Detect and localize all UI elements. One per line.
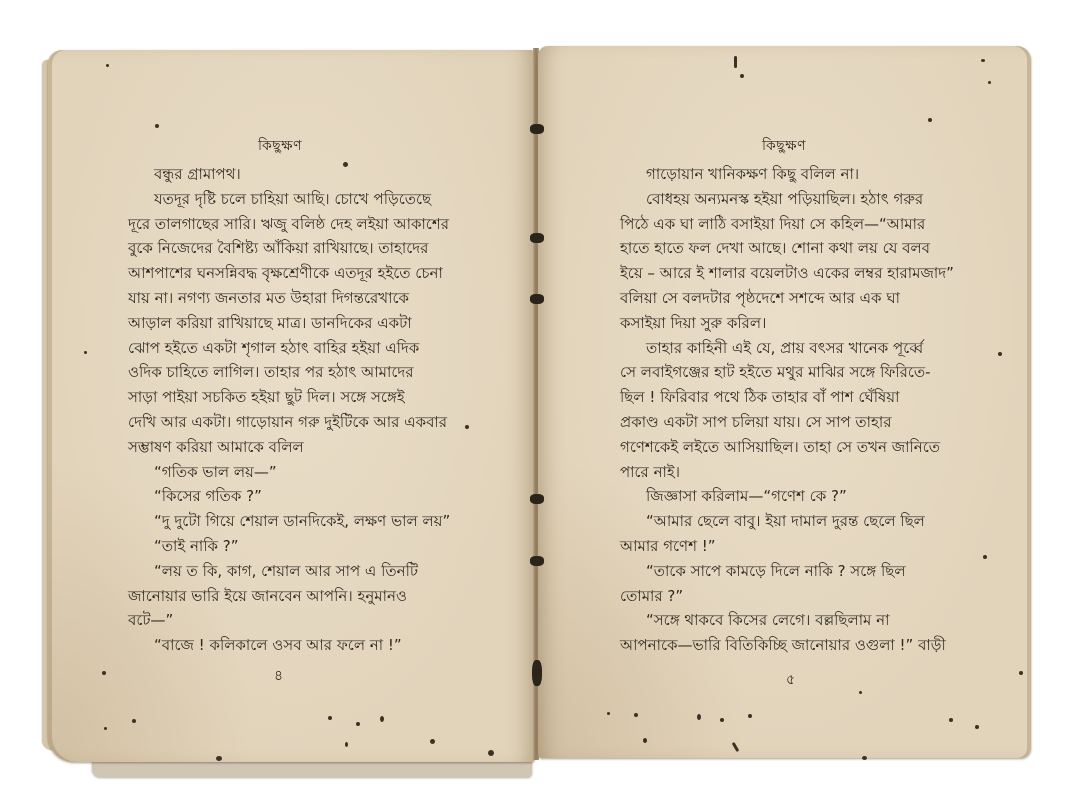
text-line: পিঠে এক ঘা লাঠি বসাইয়া দিয়া সে কহিল—“আ… xyxy=(620,212,1020,237)
text-line: তোমার ?” xyxy=(620,584,1020,609)
binding-stitch xyxy=(530,124,544,134)
text-line: দূরে তালগাছের সারি। ঋজু বলিষ্ঠ দেহ লইয়া… xyxy=(128,212,518,237)
right-page: কিছুক্ষণ গাড়োয়ান খানিকক্ষণ কিছু বলিল ন… xyxy=(538,46,1031,758)
paper-speck xyxy=(380,716,384,722)
paper-speck xyxy=(216,756,222,761)
paper-speck xyxy=(1019,671,1023,675)
paper-speck xyxy=(734,56,737,68)
left-page-body: বন্ধুর গ্রামাপথ।যতদূর দৃষ্টি চলে চাহিয়া… xyxy=(128,162,518,658)
text-line: দেখি আর একটা। গাড়োয়ান গরু দুইটিকে আর এ… xyxy=(128,410,518,435)
text-line: ছিল ! ফিরিবার পথে ঠিক তাহার বাঁ পাশ ঘেঁষ… xyxy=(620,385,1020,410)
text-line: “কিসের গতিক ?” xyxy=(128,484,518,509)
text-line: “তাকে সাপে কামড়ে দিলে নাকি ? সঙ্গে ছিল xyxy=(620,559,1020,584)
paper-speck xyxy=(84,351,87,354)
text-line: জিজ্ঞাসা করিলাম—“গণেশ কে ?” xyxy=(620,484,1020,509)
text-line: আশপাশের ঘনসন্নিবদ্ধ বৃক্ষশ্রেণীকে এতদূর … xyxy=(128,261,518,286)
paper-speck xyxy=(155,124,159,128)
paper-speck xyxy=(106,64,109,67)
paper-speck xyxy=(949,718,953,722)
paper-speck xyxy=(748,714,752,718)
paper-speck xyxy=(634,713,638,717)
paper-speck xyxy=(862,756,867,760)
text-line: পারে নাই। xyxy=(620,460,1020,485)
paper-speck xyxy=(859,691,862,694)
paper-speck xyxy=(697,714,701,720)
text-line: বলিয়া সে বলদটার পৃষ্ঠদেশে সশব্দে আর এক … xyxy=(620,286,1020,311)
text-line: ওদিক চাহিতে লাগিল। তাহার পর হঠাৎ আমাদের xyxy=(128,360,518,385)
text-line: তাহার কাহিনী এই যে, প্রায় বৎসর খানেক পূ… xyxy=(620,336,1020,361)
text-line: “আমার ছেলে বাবু। ইয়া দামাল দুরন্ত ছেলে … xyxy=(620,509,1020,534)
paper-speck xyxy=(345,742,348,747)
text-line: বন্ধুর গ্রামাপথ। xyxy=(128,162,518,187)
text-line: বোধহয় অন্যমনস্ক হইয়া পড়িয়াছিল। হঠাৎ … xyxy=(620,187,1020,212)
paper-speck xyxy=(343,162,348,167)
text-line: “গতিক ভাল লয়—” xyxy=(128,460,518,485)
text-line: ইয়ে – আরে ই শালার বয়েলটাও একের লম্বর হ… xyxy=(620,261,1020,286)
binding-stitch xyxy=(530,233,544,243)
text-line: প্রকাণ্ড একটা সাপ চলিয়া যায়। সে সাপ তা… xyxy=(620,410,1020,435)
binding-stitch xyxy=(532,660,542,686)
text-line: সে লবাইগঞ্জের হাট হইতে মথুর মাঝির সঙ্গে … xyxy=(620,360,1020,385)
left-page-number: ৪ xyxy=(274,664,283,688)
text-line: জানোয়ার ভারি ইয়ে জানবেন আপনি। হনুমানও xyxy=(128,584,518,609)
paper-speck xyxy=(981,59,985,62)
paper-speck xyxy=(356,722,360,726)
text-line: আপনাকে—ভারি বিতিকিচ্ছি জানোয়ার ওগুলা !”… xyxy=(620,633,1020,658)
paper-speck xyxy=(102,671,106,675)
text-line: হাতে হাতে ফল দেখা আছে। শোনা কথা লয় যে ব… xyxy=(620,236,1020,261)
text-line: যতদূর দৃষ্টি চলে চাহিয়া আছি। চোখে পড়িত… xyxy=(128,187,518,212)
right-page-number: ৫ xyxy=(786,668,795,692)
paper-speck xyxy=(720,718,724,722)
paper-speck xyxy=(607,712,610,715)
binding-stitch xyxy=(530,556,544,566)
paper-speck xyxy=(975,725,979,729)
binding-stitch xyxy=(530,294,544,304)
text-line: “বাজে ! কলিকালে ওসব আর ফলে না !” xyxy=(128,633,518,658)
text-line: ঝোপ হইতে একটা শৃগাল হঠাৎ বাহির হইয়া এদি… xyxy=(128,336,518,361)
text-line: গাড়োয়ান খানিকক্ষণ কিছু বলিল না। xyxy=(620,162,1020,187)
paper-speck xyxy=(983,555,987,559)
right-running-head: কিছুক্ষণ xyxy=(762,134,806,158)
text-line: বটে—” xyxy=(128,608,518,633)
paper-speck xyxy=(488,750,494,756)
paper-speck xyxy=(988,81,991,84)
paper-speck xyxy=(928,118,932,122)
open-book: কিছুক্ষণ বন্ধুর গ্রামাপথ।যতদূর দৃষ্টি চল… xyxy=(0,0,1080,812)
text-line: “লয় ত কি, কাগ, শেয়াল আর সাপ এ তিনটি xyxy=(128,559,518,584)
text-line: “দু দুটো গিয়ে শেয়াল ডানদিকেই, লক্ষণ ভা… xyxy=(128,509,518,534)
paper-speck xyxy=(740,74,744,78)
text-line: যায় না। নগণ্য জনতার মত উহারা দিগন্তরেখা… xyxy=(128,286,518,311)
right-page-body: গাড়োয়ান খানিকক্ষণ কিছু বলিল না।বোধহয় … xyxy=(620,162,1020,658)
paper-speck xyxy=(104,727,107,730)
text-line: আড়াল করিয়া রাখিয়াছে মাত্র। ডানদিকের এ… xyxy=(128,311,518,336)
text-line: সাড়া পাইয়া সচকিত হইয়া ছুট দিল। সঙ্গে … xyxy=(128,385,518,410)
text-line: “তাই নাকি ?” xyxy=(128,534,518,559)
text-line: আমার গণেশ !” xyxy=(620,534,1020,559)
text-line: বুকে নিজেদের বৈশিষ্ট্য আঁকিয়া রাখিয়াছে… xyxy=(128,236,518,261)
text-line: গণেশকেই লইতে আসিয়াছিল। তাহা সে তখন জানি… xyxy=(620,435,1020,460)
paper-speck xyxy=(132,719,136,723)
paper-speck xyxy=(998,352,1002,356)
binding-stitch xyxy=(530,494,544,504)
text-line: “সঙ্গে থাকবে কিসের লেগে। বল্লছিলাম না xyxy=(620,608,1020,633)
paper-speck xyxy=(465,425,469,429)
text-line: সম্ভাষণ করিয়া আমাকে বলিল xyxy=(128,435,518,460)
paper-speck xyxy=(430,739,435,744)
left-page: কিছুক্ষণ বন্ধুর গ্রামাপথ।যতদূর দৃষ্টি চল… xyxy=(48,50,535,762)
left-running-head: কিছুক্ষণ xyxy=(258,134,302,158)
text-line: কসাইয়া দিয়া সুরু করিল। xyxy=(620,311,1020,336)
paper-speck xyxy=(643,738,647,743)
paper-speck xyxy=(328,716,332,720)
